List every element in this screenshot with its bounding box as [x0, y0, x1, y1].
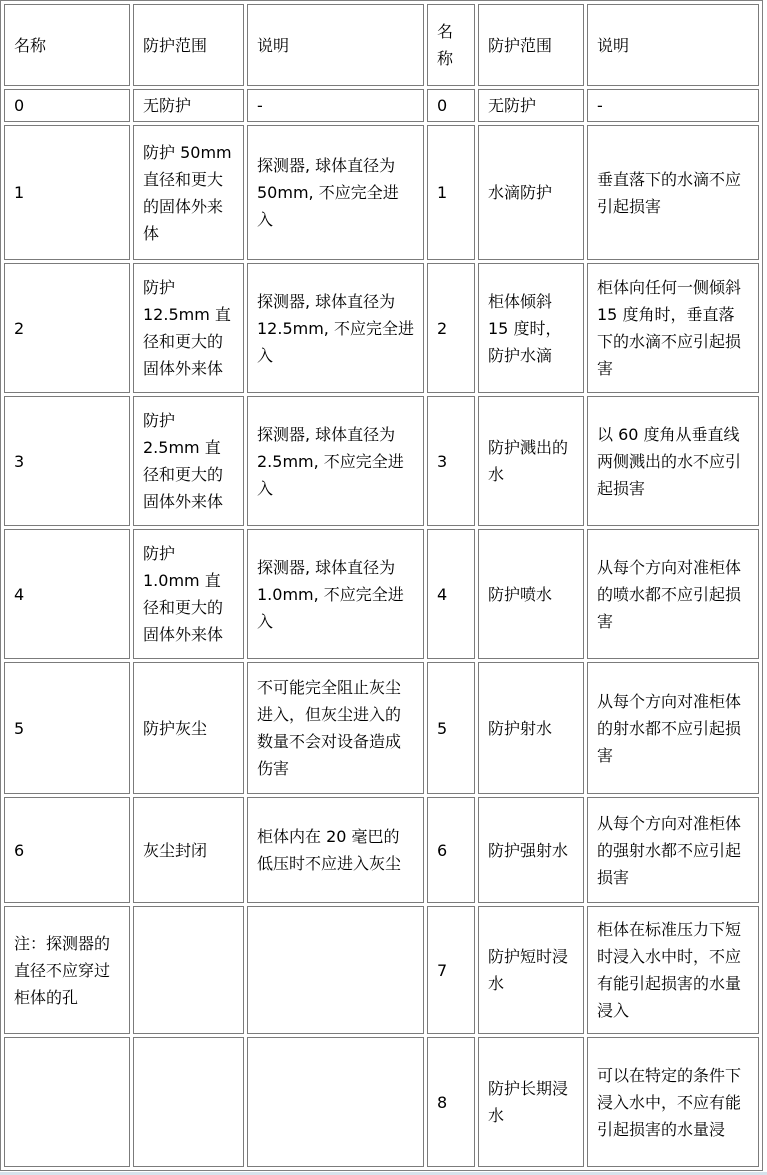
table-cell — [133, 906, 244, 1034]
note-cell: 注：探测器的直径不应穿过柜体的孔 — [4, 906, 130, 1034]
table-cell: 2 — [4, 263, 130, 393]
table-cell: 防护 50mm 直径和更大的固体外来体 — [133, 125, 244, 260]
table-cell: 6 — [427, 797, 475, 903]
table-cell: 防护溅出的水 — [478, 396, 584, 526]
table-cell: 柜体在标准压力下短时浸入水中时，不应有能引起损害的水量浸入 — [587, 906, 759, 1034]
table-cell: 柜体内在 20 毫巴的低压时不应进入灰尘 — [247, 797, 424, 903]
table-cell: 防护 12.5mm 直径和更大的固体外来体 — [133, 263, 244, 393]
table-cell: 2 — [427, 263, 475, 393]
column-header-scope-right: 防护范围 — [478, 4, 584, 86]
table-cell: 探测器, 球体直径为 12.5mm, 不应完全进入 — [247, 263, 424, 393]
table-cell: - — [587, 89, 759, 122]
column-header-name-left: 名称 — [4, 4, 130, 86]
table-row: 0 无防护 - 0 无防护 - — [4, 89, 759, 122]
table-cell: 防护射水 — [478, 662, 584, 794]
column-header-scope-left: 防护范围 — [133, 4, 244, 86]
column-header-name-right: 名称 — [427, 4, 475, 86]
table-cell — [247, 906, 424, 1034]
table-cell: 0 — [427, 89, 475, 122]
table-cell: 0 — [4, 89, 130, 122]
table-row: 5 防护灰尘 不可能完全阻止灰尘进入，但灰尘进入的数量不会对设备造成伤害 5 防… — [4, 662, 759, 794]
table-cell: 不可能完全阻止灰尘进入，但灰尘进入的数量不会对设备造成伤害 — [247, 662, 424, 794]
table-cell — [133, 1037, 244, 1167]
table-cell: 柜体向任何一侧倾斜 15 度角时，垂直落下的水滴不应引起损害 — [587, 263, 759, 393]
table-cell: 防护强射水 — [478, 797, 584, 903]
table-cell: 5 — [427, 662, 475, 794]
table-cell: 防护短时浸水 — [478, 906, 584, 1034]
table-cell: 7 — [427, 906, 475, 1034]
ip-protection-table: 名称 防护范围 说明 名称 防护范围 说明 0 无防护 - 0 无防护 - 1 … — [0, 0, 763, 1171]
table-cell: 防护 1.0mm 直径和更大的固体外来体 — [133, 529, 244, 659]
table-cell: 4 — [427, 529, 475, 659]
table-cell: 3 — [4, 396, 130, 526]
table-cell: 8 — [427, 1037, 475, 1167]
table-cell: 无防护 — [478, 89, 584, 122]
table-cell: 柜体倾斜 15 度时，防护水滴 — [478, 263, 584, 393]
table-cell: 探测器, 球体直径为 1.0mm, 不应完全进入 — [247, 529, 424, 659]
table-cell — [247, 1037, 424, 1167]
table-cell: 防护长期浸水 — [478, 1037, 584, 1167]
table-cell: 无防护 — [133, 89, 244, 122]
table-cell: 5 — [4, 662, 130, 794]
table-cell: 探测器, 球体直径为 50mm, 不应完全进入 — [247, 125, 424, 260]
table-cell: 水滴防护 — [478, 125, 584, 260]
table-cell: 从每个方向对准柜体的强射水都不应引起损害 — [587, 797, 759, 903]
table-row: 6 灰尘封闭 柜体内在 20 毫巴的低压时不应进入灰尘 6 防护强射水 从每个方… — [4, 797, 759, 903]
table-cell: 1 — [4, 125, 130, 260]
table-row: 1 防护 50mm 直径和更大的固体外来体 探测器, 球体直径为 50mm, 不… — [4, 125, 759, 260]
table-cell: - — [247, 89, 424, 122]
table-row: 4 防护 1.0mm 直径和更大的固体外来体 探测器, 球体直径为 1.0mm,… — [4, 529, 759, 659]
table-cell: 探测器, 球体直径为 2.5mm, 不应完全进入 — [247, 396, 424, 526]
table-cell: 从每个方向对准柜体的喷水都不应引起损害 — [587, 529, 759, 659]
table-row: 8 防护长期浸水 可以在特定的条件下浸入水中，不应有能引起损害的水量浸 — [4, 1037, 759, 1167]
table-cell: 防护 2.5mm 直径和更大的固体外来体 — [133, 396, 244, 526]
table-row: 3 防护 2.5mm 直径和更大的固体外来体 探测器, 球体直径为 2.5mm,… — [4, 396, 759, 526]
table-cell: 4 — [4, 529, 130, 659]
table-cell: 从每个方向对准柜体的射水都不应引起损害 — [587, 662, 759, 794]
table-row: 2 防护 12.5mm 直径和更大的固体外来体 探测器, 球体直径为 12.5m… — [4, 263, 759, 393]
table-cell: 可以在特定的条件下浸入水中，不应有能引起损害的水量浸 — [587, 1037, 759, 1167]
table-cell: 3 — [427, 396, 475, 526]
column-header-desc-left: 说明 — [247, 4, 424, 86]
table-cell: 垂直落下的水滴不应引起损害 — [587, 125, 759, 260]
table-cell: 防护灰尘 — [133, 662, 244, 794]
header-row: 名称 防护范围 说明 名称 防护范围 说明 — [4, 4, 759, 86]
table-cell: 以 60 度角从垂直线两侧溅出的水不应引起损害 — [587, 396, 759, 526]
table-row: 注：探测器的直径不应穿过柜体的孔 7 防护短时浸水 柜体在标准压力下短时浸入水中… — [4, 906, 759, 1034]
table-cell: 灰尘封闭 — [133, 797, 244, 903]
table-cell: 1 — [427, 125, 475, 260]
table-cell: 防护喷水 — [478, 529, 584, 659]
column-header-desc-right: 说明 — [587, 4, 759, 86]
table-cell — [4, 1037, 130, 1167]
table-cell: 6 — [4, 797, 130, 903]
